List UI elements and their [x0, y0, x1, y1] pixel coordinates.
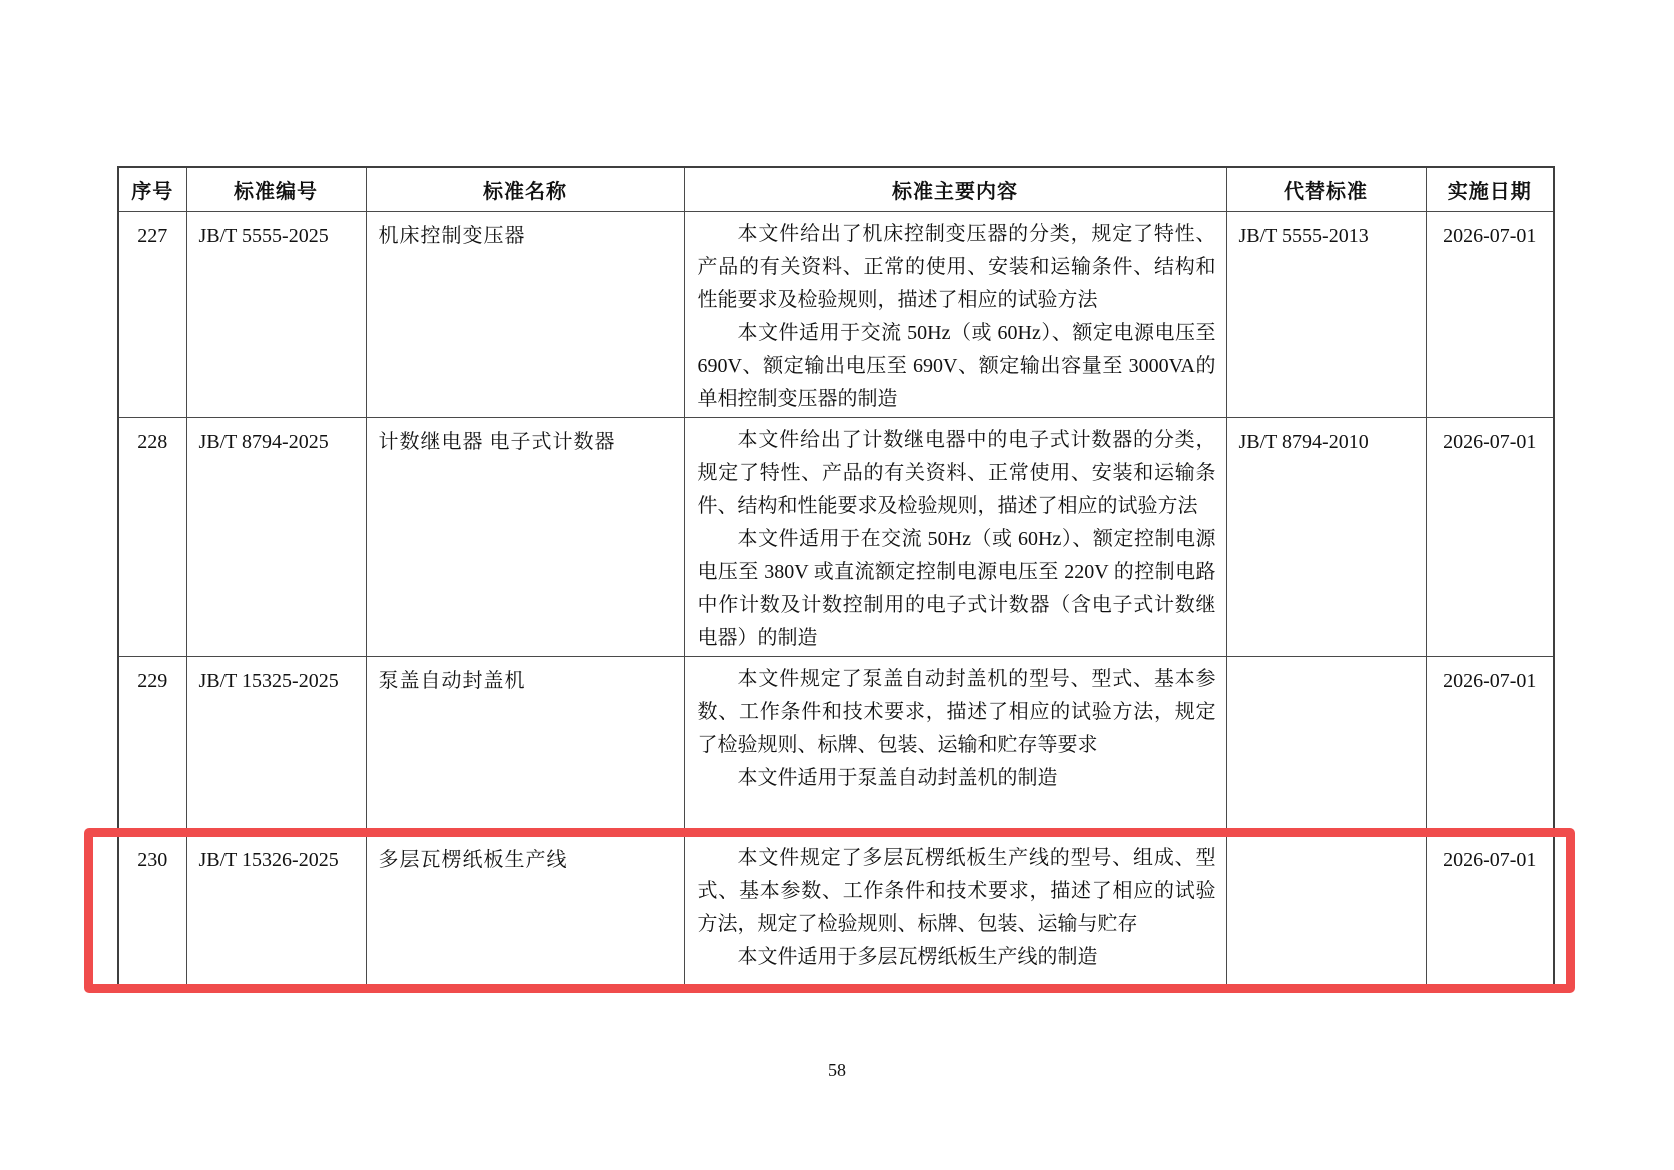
- cell-standard-name: 机床控制变压器: [366, 211, 684, 417]
- cell-standard-code: JB/T 5555-2025: [186, 211, 366, 417]
- cell-replaced-standard: JB/T 8794-2010: [1226, 417, 1426, 656]
- cell-standard-content: 本文件规定了多层瓦楞纸板生产线的型号、组成、型式、基本参数、工作条件和技术要求，…: [684, 835, 1226, 985]
- cell-standard-name: 泵盖自动封盖机: [366, 656, 684, 835]
- table-header-row: 序号 标准编号 标准名称 标准主要内容 代替标准 实施日期: [118, 167, 1554, 211]
- content-paragraph: 本文件规定了泵盖自动封盖机的型号、型式、基本参数、工作条件和技术要求，描述了相应…: [698, 663, 1216, 762]
- cell-standard-name: 计数继电器 电子式计数器: [366, 417, 684, 656]
- col-header-replaced: 代替标准: [1226, 167, 1426, 211]
- content-paragraph: 本文件适用于泵盖自动封盖机的制造: [698, 762, 1216, 795]
- cell-replaced-standard: [1226, 835, 1426, 985]
- cell-implementation-date: 2026-07-01: [1426, 417, 1554, 656]
- content-paragraph: 本文件适用于交流 50Hz（或 60Hz）、额定电源电压至 690V、额定输出电…: [698, 317, 1216, 416]
- content-paragraph: 本文件适用于在交流 50Hz（或 60Hz）、额定控制电源电压至 380V 或直…: [698, 523, 1216, 655]
- content-paragraph: 本文件适用于多层瓦楞纸板生产线的制造: [698, 941, 1216, 974]
- table-row-228: 228 JB/T 8794-2025 计数继电器 电子式计数器 本文件给出了计数…: [118, 417, 1554, 656]
- cell-standard-code: JB/T 15326-2025: [186, 835, 366, 985]
- col-header-code: 标准编号: [186, 167, 366, 211]
- cell-implementation-date: 2026-07-01: [1426, 835, 1554, 985]
- document-page: 序号 标准编号 标准名称 标准主要内容 代替标准 实施日期 227 JB/T 5…: [0, 0, 1674, 1170]
- cell-replaced-standard: [1226, 656, 1426, 835]
- content-paragraph: 本文件规定了多层瓦楞纸板生产线的型号、组成、型式、基本参数、工作条件和技术要求，…: [698, 842, 1216, 941]
- cell-standard-name: 多层瓦楞纸板生产线: [366, 835, 684, 985]
- cell-seq: 229: [118, 656, 186, 835]
- col-header-content: 标准主要内容: [684, 167, 1226, 211]
- table-row-230: 230 JB/T 15326-2025 多层瓦楞纸板生产线 本文件规定了多层瓦楞…: [118, 835, 1554, 985]
- cell-standard-code: JB/T 8794-2025: [186, 417, 366, 656]
- col-header-name: 标准名称: [366, 167, 684, 211]
- cell-seq: 227: [118, 211, 186, 417]
- cell-standard-content: 本文件给出了计数继电器中的电子式计数器的分类，规定了特性、产品的有关资料、正常使…: [684, 417, 1226, 656]
- cell-standard-content: 本文件规定了泵盖自动封盖机的型号、型式、基本参数、工作条件和技术要求，描述了相应…: [684, 656, 1226, 835]
- col-header-date: 实施日期: [1426, 167, 1554, 211]
- cell-seq: 230: [118, 835, 186, 985]
- table-row-229: 229 JB/T 15325-2025 泵盖自动封盖机 本文件规定了泵盖自动封盖…: [118, 656, 1554, 835]
- cell-implementation-date: 2026-07-01: [1426, 211, 1554, 417]
- table-row-227: 227 JB/T 5555-2025 机床控制变压器 本文件给出了机床控制变压器…: [118, 211, 1554, 417]
- cell-replaced-standard: JB/T 5555-2013: [1226, 211, 1426, 417]
- col-header-seq: 序号: [118, 167, 186, 211]
- cell-seq: 228: [118, 417, 186, 656]
- cell-standard-content: 本文件给出了机床控制变压器的分类，规定了特性、产品的有关资料、正常的使用、安装和…: [684, 211, 1226, 417]
- cell-standard-code: JB/T 15325-2025: [186, 656, 366, 835]
- cell-implementation-date: 2026-07-01: [1426, 656, 1554, 835]
- content-paragraph: 本文件给出了机床控制变压器的分类，规定了特性、产品的有关资料、正常的使用、安装和…: [698, 218, 1216, 317]
- page-number: 58: [0, 1060, 1674, 1081]
- standards-table: 序号 标准编号 标准名称 标准主要内容 代替标准 实施日期 227 JB/T 5…: [117, 166, 1555, 986]
- content-paragraph: 本文件给出了计数继电器中的电子式计数器的分类，规定了特性、产品的有关资料、正常使…: [698, 424, 1216, 523]
